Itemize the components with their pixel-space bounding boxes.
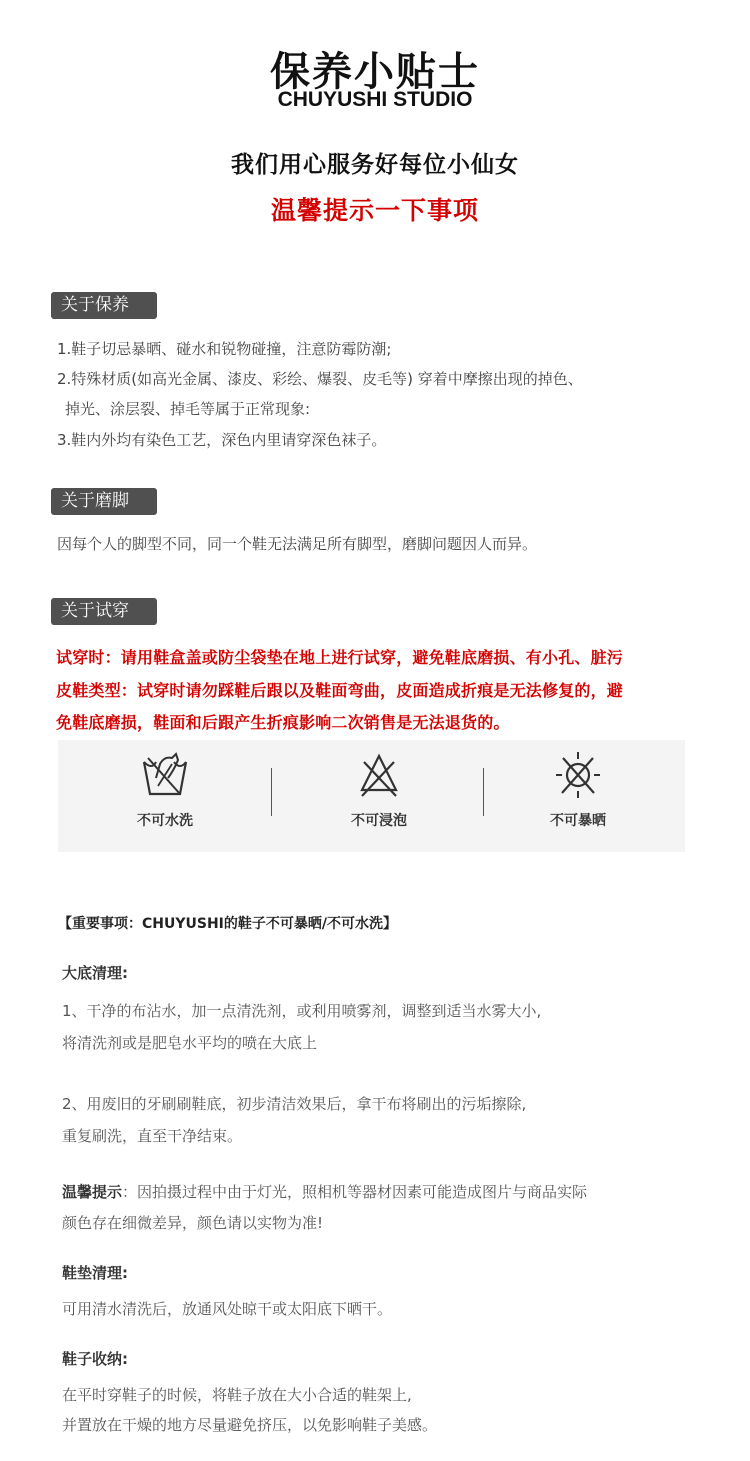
tip-label: 温馨提示 — [62, 1183, 122, 1201]
tip-text-1: ：因拍摄过程中由于灯光，照相机等器材因素可能造成图片与商品实际 — [122, 1183, 587, 1201]
care-label-no-sun: 不可暴晒 — [518, 810, 638, 830]
care-divider — [483, 768, 484, 816]
tip-line-1: 温馨提示：因拍摄过程中由于灯光，照相机等器材因素可能造成图片与商品实际 — [62, 1181, 587, 1202]
storage-heading: 鞋子收纳: — [62, 1348, 128, 1369]
blisters-line-1: 因每个人的脚型不同，同一个鞋无法满足所有脚型，磨脚问题因人而异。 — [57, 533, 537, 554]
sole-step1-line2: 将清洗剂或是肥皂水平均的喷在大底上 — [62, 1032, 317, 1053]
care-icons-panel: 不可水洗 不可浸泡 不可暴晒 — [58, 740, 685, 852]
care-divider — [271, 768, 272, 816]
maintenance-line-1: 1.鞋子切忌暴晒、碰水和锐物碰撞，注意防霉防潮; — [57, 338, 391, 359]
notice-heading: 温馨提示一下事项 — [0, 191, 750, 227]
tip-line-2: 颜色存在细微差异，颜色请以实物为准! — [62, 1212, 323, 1233]
insole-heading: 鞋垫清理: — [62, 1262, 128, 1283]
maintenance-line-3: 掉光、涂层裂、掉毛等属于正常现象: — [65, 398, 310, 419]
section-badge-maintenance: 关于保养 — [51, 292, 157, 319]
no-soak-icon — [352, 748, 406, 802]
sole-cleaning-heading: 大底清理: — [62, 962, 128, 983]
insole-text: 可用清水清洗后，放通风处晾干或太阳底下晒干。 — [62, 1298, 392, 1319]
care-label-no-wash: 不可水洗 — [105, 810, 225, 830]
maintenance-line-2: 2.特殊材质(如高光金属、漆皮、彩绘、爆裂、皮毛等) 穿着中摩擦出现的掉色、 — [57, 368, 583, 389]
maintenance-line-4: 3.鞋内外均有染色工艺，深色内里请穿深色袜子。 — [57, 429, 386, 450]
sole-step2-line1: 2、用废旧的牙刷刷鞋底，初步清洁效果后，拿干布将刷出的污垢擦除, — [62, 1093, 526, 1114]
care-item-no-wash: 不可水洗 — [105, 748, 225, 830]
sole-step2-line2: 重复刷洗，直至干净结束。 — [62, 1125, 242, 1146]
sole-step1-line1: 1、干净的布沾水，加一点清洗剂，或利用喷雾剂，调整到适当水雾大小, — [62, 1000, 541, 1021]
slogan: 我们用心服务好每位小仙女 — [0, 146, 750, 179]
try-on-warning-2: 皮鞋类型：试穿时请勿踩鞋后跟以及鞋面弯曲，皮面造成折痕是无法修复的，避 — [56, 678, 623, 701]
no-sun-icon — [551, 748, 605, 802]
section-badge-blisters: 关于磨脚 — [51, 488, 157, 515]
storage-line-1: 在平时穿鞋子的时候，将鞋子放在大小合适的鞋架上, — [62, 1384, 412, 1405]
important-notice: 【重要事项：CHUYUSHI的鞋子不可暴晒/不可水洗】 — [58, 913, 397, 933]
no-wash-icon — [138, 748, 192, 802]
try-on-warning-3: 免鞋底磨损，鞋面和后跟产生折痕影响二次销售是无法退货的。 — [56, 710, 510, 733]
care-item-no-soak: 不可浸泡 — [319, 748, 439, 830]
section-badge-try-on: 关于试穿 — [51, 598, 157, 625]
try-on-warning-1: 试穿时：请用鞋盒盖或防尘袋垫在地上进行试穿，避免鞋底磨损、有小孔、脏污 — [56, 645, 623, 668]
care-label-no-soak: 不可浸泡 — [319, 810, 439, 830]
studio-name: CHUYUSHI STUDIO — [0, 88, 750, 112]
care-item-no-sun: 不可暴晒 — [518, 748, 638, 830]
storage-line-2: 并置放在干燥的地方尽量避免挤压，以免影响鞋子美感。 — [62, 1414, 437, 1435]
